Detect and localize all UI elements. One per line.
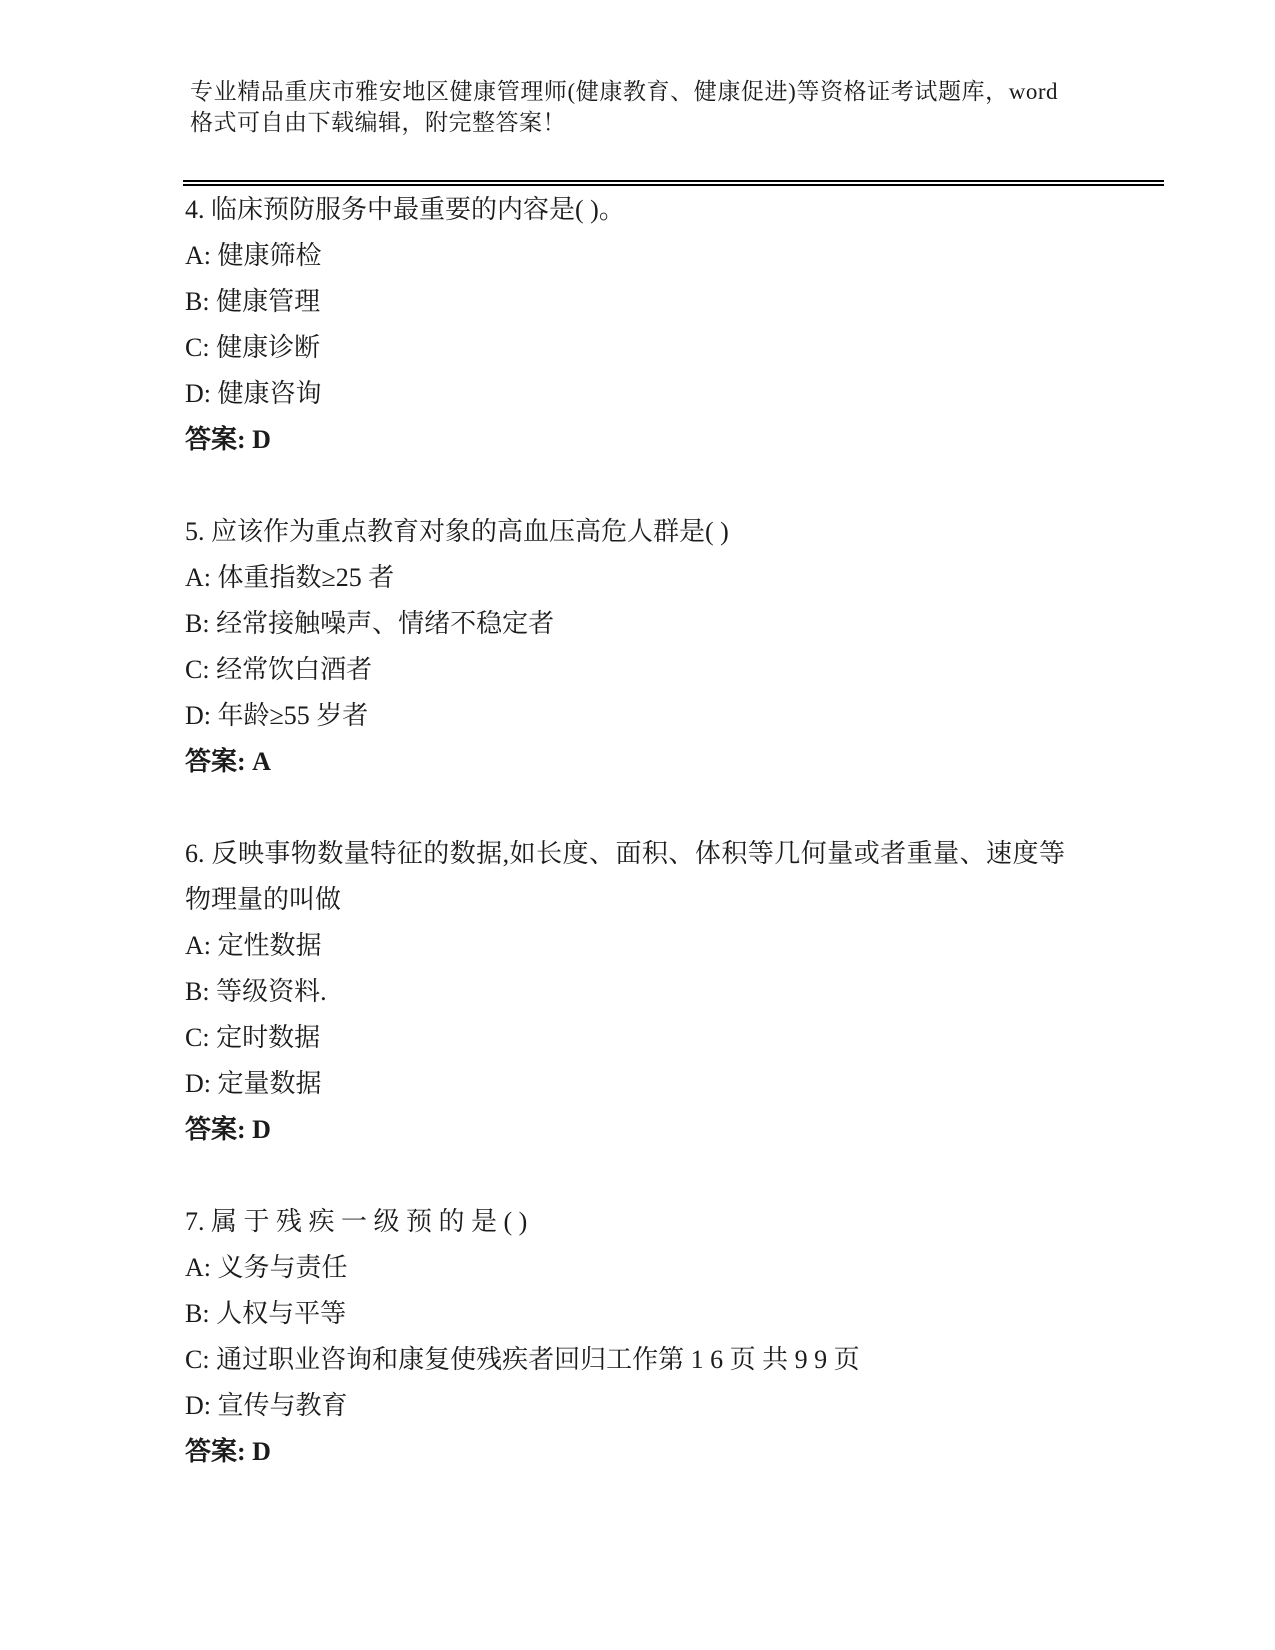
document-header: 专业精品重庆市雅安地区健康管理师(健康教育、健康促进)等资格证考试题库，word… xyxy=(190,76,1058,138)
question-title: 4. 临床预防服务中最重要的内容是( )。 xyxy=(185,187,1065,233)
question-option-d: D: 健康咨询 xyxy=(185,371,1065,417)
question-option-a: A: 义务与责任 xyxy=(185,1245,1065,1291)
question-option-c: C: 经常饮白酒者 xyxy=(185,647,1065,693)
question-title: 5. 应该作为重点教育对象的高血压高危人群是( ) xyxy=(185,509,1065,555)
answer-line: 答案: D xyxy=(185,1429,1065,1475)
question-title: 6. 反映事物数量特征的数据,如长度、面积、体积等几何量或者重量、速度等物理量的… xyxy=(185,831,1065,923)
question-list: 4. 临床预防服务中最重要的内容是( )。 A: 健康筛检 B: 健康管理 C:… xyxy=(185,187,1065,1475)
question-option-b: B: 人权与平等 xyxy=(185,1291,1065,1337)
header-divider-double-rule xyxy=(183,180,1164,186)
question-block: 5. 应该作为重点教育对象的高血压高危人群是( ) A: 体重指数≥25 者 B… xyxy=(185,509,1065,785)
question-option-a: A: 体重指数≥25 者 xyxy=(185,555,1065,601)
question-option-c: C: 通过职业咨询和康复使残疾者回归工作第 1 6 页 共 9 9 页 xyxy=(185,1337,1065,1383)
question-option-c: C: 定时数据 xyxy=(185,1015,1065,1061)
document-page: 专业精品重庆市雅安地区健康管理师(健康教育、健康促进)等资格证考试题库，word… xyxy=(0,0,1275,1650)
answer-line: 答案: A xyxy=(185,739,1065,785)
question-option-d: D: 宣传与教育 xyxy=(185,1383,1065,1429)
question-block: 7. 属 于 残 疾 一 级 预 的 是 ( ) A: 义务与责任 B: 人权与… xyxy=(185,1199,1065,1475)
question-option-d: D: 年龄≥55 岁者 xyxy=(185,693,1065,739)
answer-line: 答案: D xyxy=(185,417,1065,463)
question-title: 7. 属 于 残 疾 一 级 预 的 是 ( ) xyxy=(185,1199,1065,1245)
header-title: 专业精品重庆市雅安地区健康管理师(健康教育、健康促进)等资格证考试题库，word… xyxy=(190,76,1058,138)
question-option-b: B: 经常接触噪声、情绪不稳定者 xyxy=(185,601,1065,647)
question-block: 6. 反映事物数量特征的数据,如长度、面积、体积等几何量或者重量、速度等物理量的… xyxy=(185,831,1065,1153)
question-option-a: A: 定性数据 xyxy=(185,923,1065,969)
question-option-a: A: 健康筛检 xyxy=(185,233,1065,279)
question-block: 4. 临床预防服务中最重要的内容是( )。 A: 健康筛检 B: 健康管理 C:… xyxy=(185,187,1065,463)
answer-line: 答案: D xyxy=(185,1107,1065,1153)
question-option-b: B: 健康管理 xyxy=(185,279,1065,325)
question-option-b: B: 等级资料. xyxy=(185,969,1065,1015)
question-option-d: D: 定量数据 xyxy=(185,1061,1065,1107)
question-option-c: C: 健康诊断 xyxy=(185,325,1065,371)
